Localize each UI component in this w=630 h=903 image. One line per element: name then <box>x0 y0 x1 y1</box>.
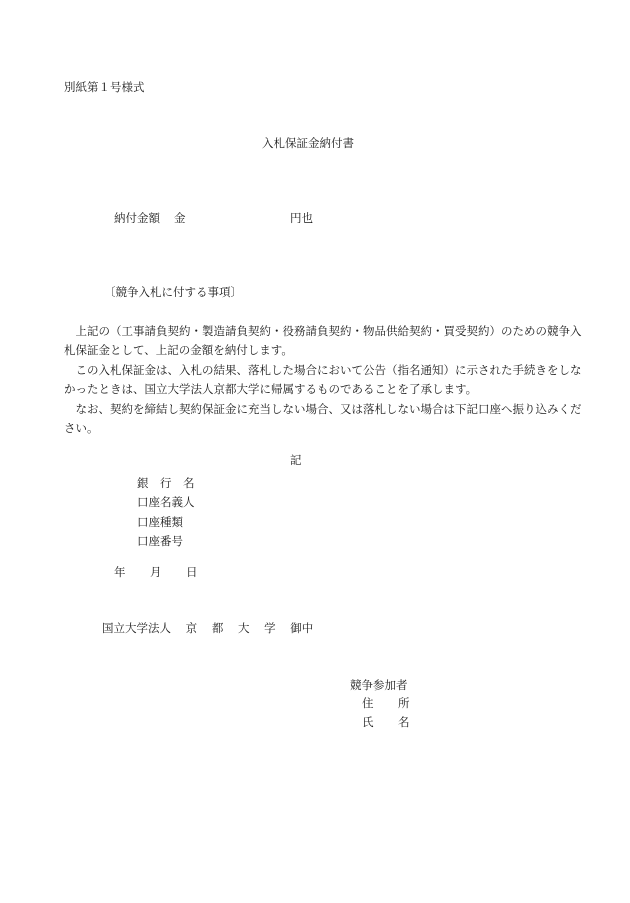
bidder-name-label: 氏 <box>362 717 374 729</box>
bank-fields: 銀 行 名 口座名義人 口座種類 口座番号 <box>137 474 195 552</box>
amount-prefix: 金 <box>174 213 186 225</box>
addressee-name-char: 都 <box>212 621 224 635</box>
addressee-name-char: 大 <box>238 621 250 635</box>
amount-suffix: 円也 <box>290 213 313 225</box>
addressee-name-char: 京 <box>186 621 198 635</box>
paragraph-forfeit-terms: この入札保証金は、入札の結果、落札した場合において公告（指名通知）に示された手続… <box>64 361 584 400</box>
bidder-title: 競争参加者 <box>350 680 408 692</box>
form-number: 別紙第１号様式 <box>64 82 145 94</box>
addressee: 国立大学法人 京 都 大 学 御中 <box>102 623 324 635</box>
bidder-address-label: 住 <box>362 698 374 710</box>
body-text: 上記の（工事請負契約・製造請負契約・役務請負契約・物品供給契約・買受契約）のため… <box>64 322 584 438</box>
account-number-label: 口座番号 <box>137 532 195 551</box>
account-type-label: 口座種類 <box>137 513 195 532</box>
amount-label: 納付金額 <box>114 213 160 225</box>
addressee-org: 国立大学法人 <box>102 621 171 635</box>
date-month-label: 月 <box>150 567 162 579</box>
paragraph-refund-terms: なお、契約を締結し契約保証金に充当しない場合、又は落札しない場合は下記口座へ振り… <box>64 400 584 439</box>
section-heading: 〔競争入札に付する事項〕 <box>104 287 242 299</box>
ki-label: 記 <box>290 455 302 467</box>
bidder-name-label: 名 <box>398 717 410 729</box>
document-title: 入札保証金納付書 <box>262 138 354 150</box>
paragraph-contract-types: 上記の（工事請負契約・製造請負契約・役務請負契約・物品供給契約・買受契約）のため… <box>64 322 584 361</box>
bank-name-label: 銀 行 名 <box>137 474 195 493</box>
date-day-label: 日 <box>186 567 198 579</box>
addressee-name-char: 学 <box>264 621 276 635</box>
bidder-address-label: 所 <box>398 698 410 710</box>
addressee-honorific: 御中 <box>290 621 313 635</box>
date-year-label: 年 <box>114 567 126 579</box>
account-holder-label: 口座名義人 <box>137 493 195 512</box>
